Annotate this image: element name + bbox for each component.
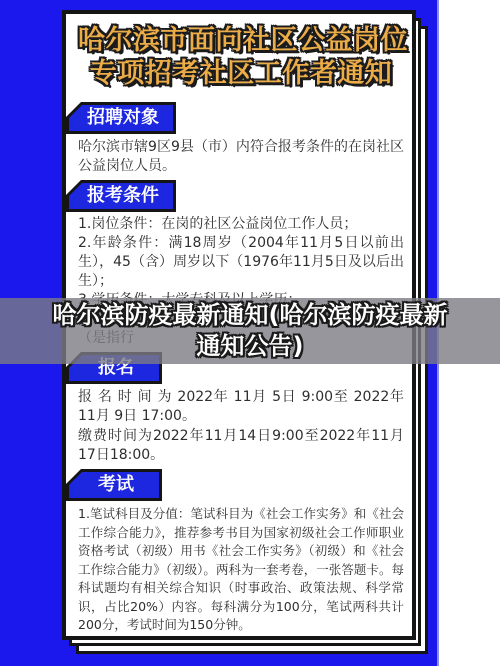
- watermark-line2: 通知公告): [197, 331, 304, 362]
- watermark-line1: 哈尔滨防疫最新通知(哈尔滨防疫最新: [53, 300, 448, 331]
- poster-title: 哈尔滨市面向社区公益岗位 专项招考社区工作者通知: [78, 24, 404, 90]
- exam-total-score-text: 2. 总成绩＝笔试成绩+政策性加分。: [78, 636, 404, 641]
- signup-time-text: 报 名 时 间 为 2022年 11月 5日 9:00至 2022年 11月 9…: [78, 388, 404, 425]
- poster-title-line1: 哈尔滨市面向社区公益岗位: [78, 24, 404, 57]
- exam-subjects-text: 1.笔试科目及分值：笔试科目为《社会工作实务》和《社会工作综合能力》，推荐参考书…: [78, 505, 404, 635]
- condition-item-post: 1.岗位条件：在岗的社区公益岗位工作人员；: [78, 215, 404, 234]
- section-recruitment-target: 招聘对象 哈尔滨市辖9区9县（市）内符合报考条件的在岗社区公益岗位人员。: [78, 90, 404, 176]
- badge-label: 考试: [69, 472, 159, 498]
- poster-title-line2: 专项招考社区工作者通知: [78, 57, 404, 90]
- payment-time-text: 缴费时间为2022年11月14日9:00至2022年11月17日18:00。: [78, 427, 404, 464]
- section-badge-apply-conditions: 报考条件: [66, 180, 176, 212]
- watermark-overlay: 哈尔滨防疫最新通知(哈尔滨防疫最新 通知公告): [0, 298, 500, 364]
- section-badge-recruitment-target: 招聘对象: [66, 102, 176, 134]
- badge-label: 报考条件: [69, 183, 173, 209]
- section-exam: 考试 1.笔试科目及分值：笔试科目为《社会工作实务》和《社会工作综合能力》，推荐…: [78, 464, 404, 640]
- badge-label: 招聘对象: [69, 105, 173, 131]
- section-signup: 报名 报 名 时 间 为 2022年 11月 5日 9:00至 2022年 11…: [78, 348, 404, 464]
- condition-item-age: 2.年龄条件：满18周岁（2004年11月5日以前出生），45（含）周岁以下（1…: [78, 234, 404, 291]
- recruitment-target-text: 哈尔滨市辖9区9县（市）内符合报考条件的在岗社区公益岗位人员。: [78, 138, 404, 176]
- section-badge-exam: 考试: [66, 469, 162, 501]
